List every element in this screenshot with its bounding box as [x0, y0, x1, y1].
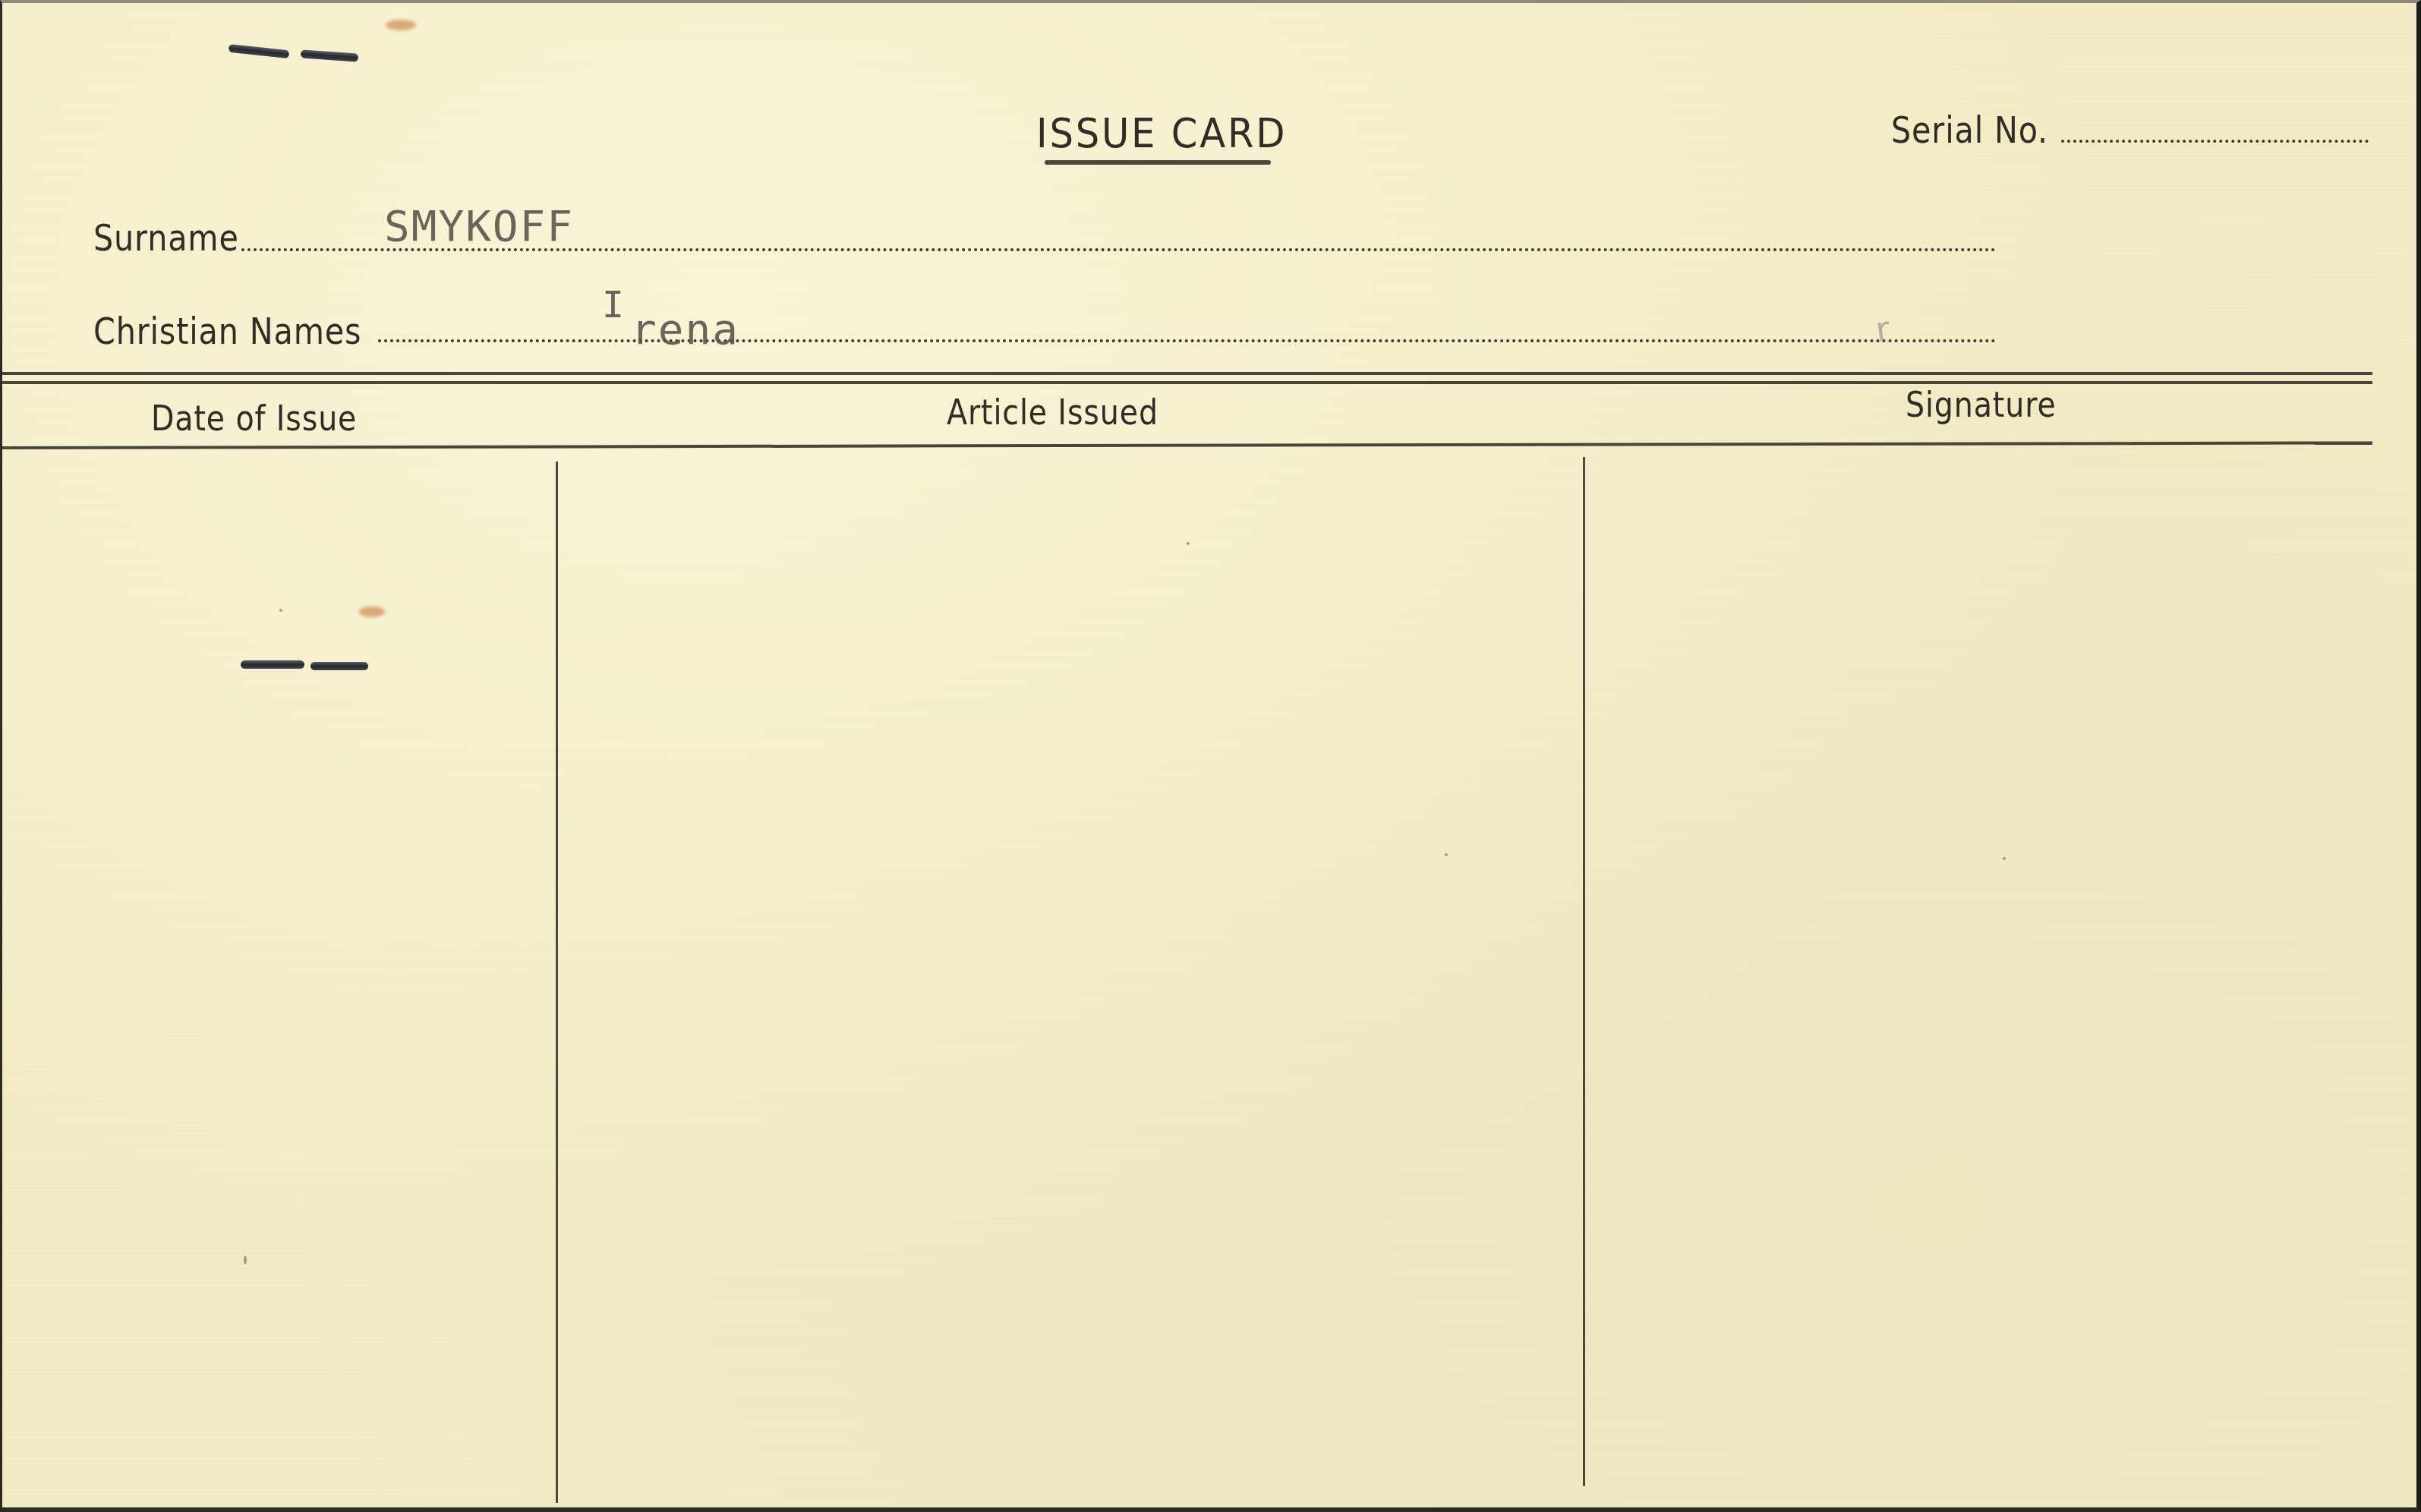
issue-card: ISSUE CARD Serial No. Surname SMYKOFF Ch… [0, 0, 2421, 1512]
speck [2003, 857, 2006, 860]
article-issued-column[interactable] [559, 451, 1582, 1506]
header-top-rule-1 [2, 372, 2372, 375]
christian-names-initial: I [602, 284, 626, 326]
speck [244, 1255, 247, 1265]
rust-stain [386, 20, 416, 30]
staple-middle-a [241, 660, 304, 669]
title-underline [1045, 160, 1271, 165]
staple-top-left-b [301, 49, 359, 61]
christian-names-field-line [378, 339, 1997, 342]
column-header-signature: Signature [1906, 384, 2057, 425]
speck [1445, 853, 1448, 856]
speck [279, 609, 282, 612]
staple-top-left-a [229, 44, 290, 58]
column-divider-2 [1583, 457, 1585, 1486]
header-bottom-rule [2, 441, 2372, 449]
speck [1187, 542, 1190, 545]
column-header-date-of-issue: Date of Issue [151, 398, 357, 439]
pencil-mark: r [1874, 310, 1893, 350]
christian-names-value[interactable]: rena [631, 305, 739, 354]
surname-value[interactable]: SMYKOFF [384, 202, 574, 251]
date-of-issue-column[interactable] [2, 451, 555, 1506]
serial-no-field[interactable] [2061, 140, 2369, 143]
card-title: ISSUE CARD [1036, 109, 1287, 157]
rust-stain-2 [359, 606, 385, 617]
column-divider-1 [556, 461, 558, 1503]
serial-no-label: Serial No. [1891, 109, 2048, 152]
column-header-article-issued: Article Issued [947, 392, 1158, 433]
christian-names-label: Christian Names [93, 310, 361, 353]
surname-label: Surname [93, 217, 239, 260]
staple-middle-b [311, 662, 368, 670]
signature-column[interactable] [1586, 451, 2372, 1506]
